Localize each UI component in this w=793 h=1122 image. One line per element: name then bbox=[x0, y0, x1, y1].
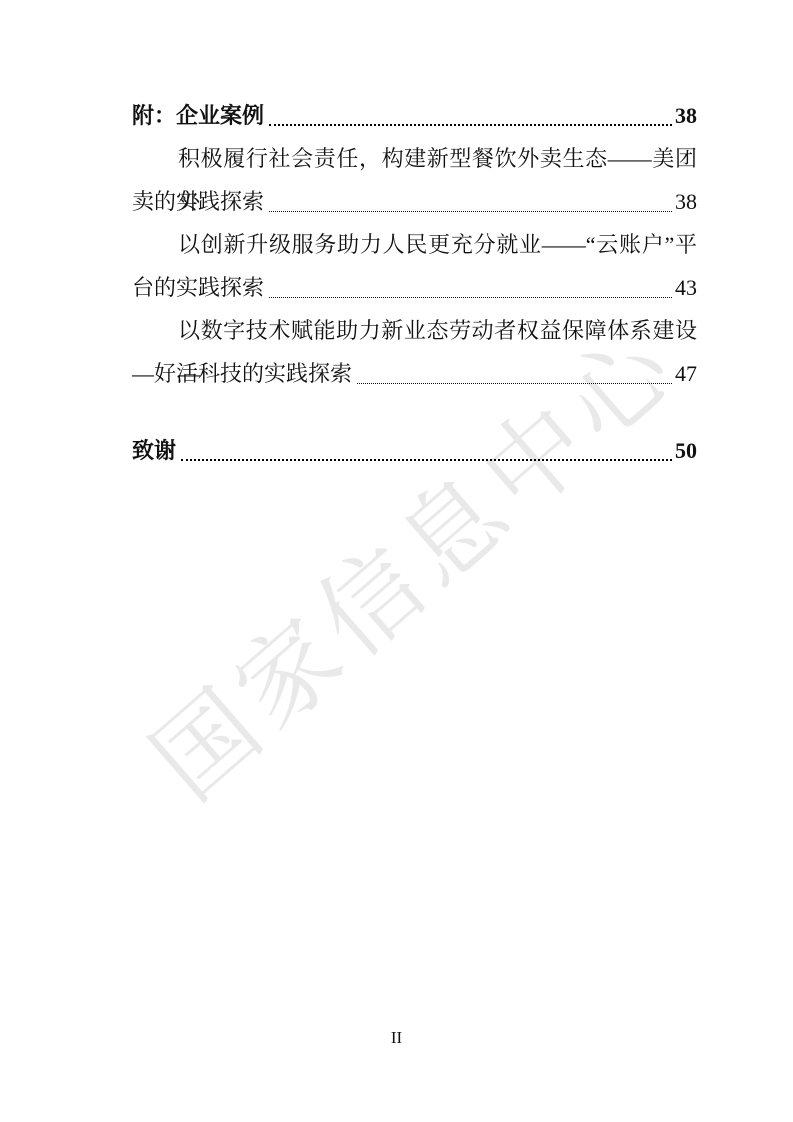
page-number-footer: II bbox=[0, 1028, 793, 1048]
toc-entry-haohuo-line1[interactable]: 以数字技术赋能助力新业态劳动者权益保障体系建设— bbox=[132, 309, 697, 352]
toc-entry-text: —好活科技的实践探索 bbox=[132, 352, 352, 395]
document-page: 国家信息中心 附：企业案例 38 积极履行社会责任，构建新型餐饮外卖生态——美团… bbox=[0, 0, 793, 1122]
toc-entry-appendix-cases[interactable]: 附：企业案例 38 bbox=[132, 94, 697, 137]
toc-entry-text: 台的实践探索 bbox=[132, 266, 264, 309]
toc-page-number: 47 bbox=[675, 352, 697, 395]
dot-leader bbox=[269, 266, 672, 309]
dot-leader bbox=[181, 429, 672, 472]
toc-entry-yunzhanghu-line1[interactable]: 以创新升级服务助力人民更充分就业——“云账户”平 bbox=[132, 223, 697, 266]
dot-leader bbox=[357, 352, 672, 395]
toc-entry-text: 以创新升级服务助力人民更充分就业——“云账户”平 bbox=[178, 223, 697, 266]
toc-page-number: 50 bbox=[675, 429, 697, 472]
toc-entry-text: 卖的实践探索 bbox=[132, 180, 264, 223]
toc-entry-meituan-line2[interactable]: 卖的实践探索 38 bbox=[132, 180, 697, 223]
toc-page-number: 38 bbox=[675, 180, 697, 223]
toc-entry-text: 致谢 bbox=[132, 429, 176, 472]
toc-page-number: 38 bbox=[675, 94, 697, 137]
toc-page-number: 43 bbox=[675, 266, 697, 309]
toc-entry-meituan-line1[interactable]: 积极履行社会责任，构建新型餐饮外卖生态——美团外 bbox=[132, 137, 697, 180]
toc-entry-text: 附：企业案例 bbox=[132, 94, 264, 137]
dot-leader bbox=[269, 94, 672, 137]
toc-entry-yunzhanghu-line2[interactable]: 台的实践探索 43 bbox=[132, 266, 697, 309]
toc-entry-haohuo-line2[interactable]: —好活科技的实践探索 47 bbox=[132, 352, 697, 395]
dot-leader bbox=[269, 180, 672, 223]
table-of-contents: 附：企业案例 38 积极履行社会责任，构建新型餐饮外卖生态——美团外 卖的实践探… bbox=[132, 94, 697, 472]
toc-entry-acknowledgements[interactable]: 致谢 50 bbox=[132, 429, 697, 472]
